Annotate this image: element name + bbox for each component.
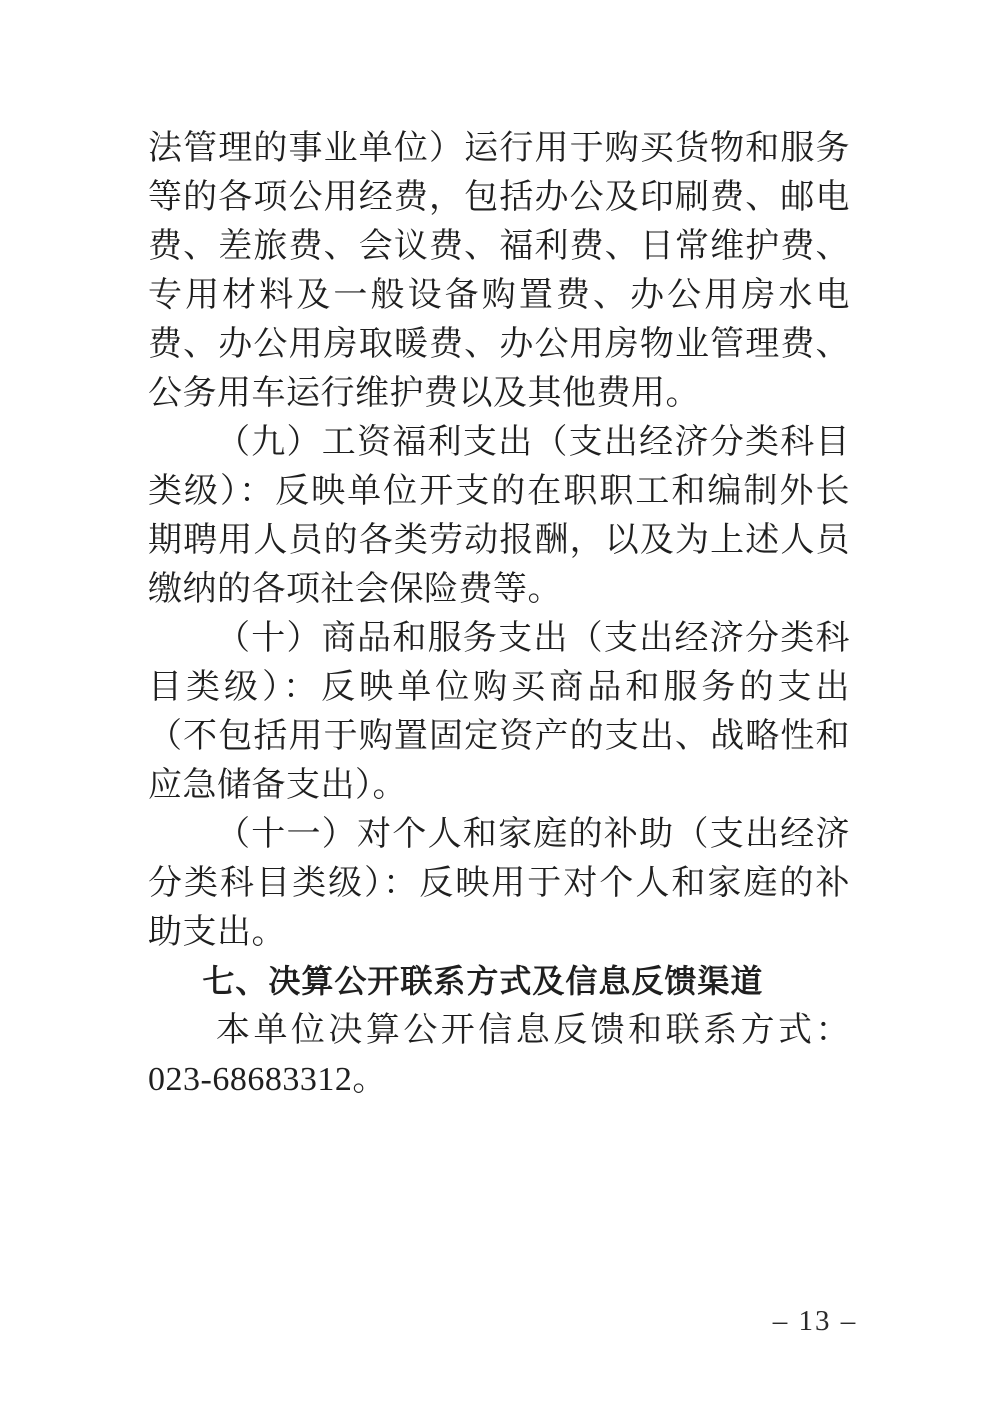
- document-body: 法管理的事业单位）运行用于购买货物和服务等的各项公用经费，包括办公及印刷费、邮电…: [148, 124, 850, 1104]
- paragraph-public-funds-continuation: 法管理的事业单位）运行用于购买货物和服务等的各项公用经费，包括办公及印刷费、邮电…: [148, 124, 850, 418]
- paragraph-item-10-goods-services: （十）商品和服务支出（支出经济分类科目类级）：反映单位购买商品和服务的支出（不包…: [148, 614, 850, 810]
- paragraph-contact-phone: 本单位决算公开信息反馈和联系方式：023-68683312。: [148, 1006, 850, 1104]
- document-page: 法管理的事业单位）运行用于购买货物和服务等的各项公用经费，包括办公及印刷费、邮电…: [0, 0, 1000, 1414]
- section-heading-contact-feedback: 七、决算公开联系方式及信息反馈渠道: [148, 957, 850, 1006]
- paragraph-item-9-wage-welfare: （九）工资福利支出（支出经济分类科目类级）：反映单位开支的在职职工和编制外长期聘…: [148, 418, 850, 614]
- paragraph-item-11-individual-family-subsidy: （十一）对个人和家庭的补助（支出经济分类科目类级）：反映用于对个人和家庭的补助支…: [148, 810, 850, 957]
- page-number: – 13 –: [770, 1305, 860, 1338]
